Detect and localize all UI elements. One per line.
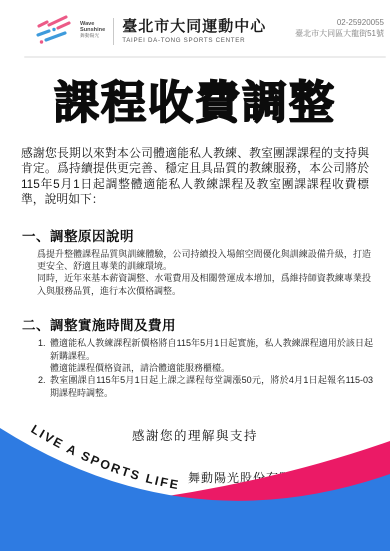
footer-wave-graphic: LIVE A SPORTS LIFE <box>0 421 390 551</box>
item2-number: 2. <box>38 374 50 399</box>
item1-line1: 體適能私人教練課程新價格將自115年5月1日起實施，私人教練課程適用於該日起新購… <box>50 338 373 360</box>
center-name: 臺北市大同運動中心 <box>122 18 266 35</box>
header-divider <box>24 56 386 58</box>
phone-number: 02-25920055 <box>295 17 384 28</box>
section1-paragraph1: 爲提升整體課程品質與訓練體驗，公司持續投入場館空間優化與訓練設備升級，打造更安全… <box>37 248 371 273</box>
list-item: 2. 教室團課自115年5月1日起上課之課程每堂調漲50元，將於4月1日起報名1… <box>38 374 373 399</box>
logo: Wave Sunshine 舞動陽光 臺北市大同運動中心 TAIPEI DA-T… <box>36 13 266 47</box>
intro-paragraph: 感謝您長期以來對本公司體適能私人教練、教室團課課程的支持與肯定。爲持續提供更完善… <box>21 146 369 208</box>
brand-line3: 舞動陽光 <box>80 34 105 40</box>
item1-number: 1. <box>38 337 50 374</box>
contact-info: 02-25920055 臺北市大同區大龍街51號 <box>295 13 384 39</box>
wave-sunshine-logo-icon <box>36 13 76 47</box>
list-item: 1. 體適能私人教練課程新價格將自115年5月1日起實施，私人教練課程適用於該日… <box>38 337 373 374</box>
header: Wave Sunshine 舞動陽光 臺北市大同運動中心 TAIPEI DA-T… <box>0 0 390 47</box>
section1-heading: 一、調整原因說明 <box>22 225 390 245</box>
section1-paragraph2: 同時，近年來基本薪資調整、水電費用及相關營運成本增加，爲維持師資教練專業投入與服… <box>37 272 371 297</box>
section2-items: 1. 體適能私人教練課程新價格將自115年5月1日起實施，私人教練課程適用於該日… <box>38 337 373 399</box>
center-name-en: TAIPEI DA-TONG SPORTS CENTER <box>122 37 266 44</box>
brand-text: Wave Sunshine 舞動陽光 <box>80 21 105 40</box>
section2-heading: 二、調整實施時間及費用 <box>22 314 390 334</box>
item1-line2: 體適能課程價格資訊，請洽體適能服務櫃檯。 <box>50 363 230 373</box>
center-name-block: 臺北市大同運動中心 TAIPEI DA-TONG SPORTS CENTER <box>122 16 266 44</box>
brand-line2: Sunshine <box>80 27 105 33</box>
item1-text: 體適能私人教練課程新價格將自115年5月1日起實施，私人教練課程適用於該日起新購… <box>50 337 373 374</box>
notice-title: 課程收費調整 <box>0 75 390 131</box>
logo-divider <box>113 18 114 45</box>
item2-text: 教室團課自115年5月1日起上課之課程每堂調漲50元，將於4月1日起報名115-… <box>50 374 373 399</box>
section1-body: 爲提升整體課程品質與訓練體驗，公司持續投入場館空間優化與訓練設備升級，打造更安全… <box>37 248 371 298</box>
address: 臺北市大同區大龍街51號 <box>295 28 384 39</box>
